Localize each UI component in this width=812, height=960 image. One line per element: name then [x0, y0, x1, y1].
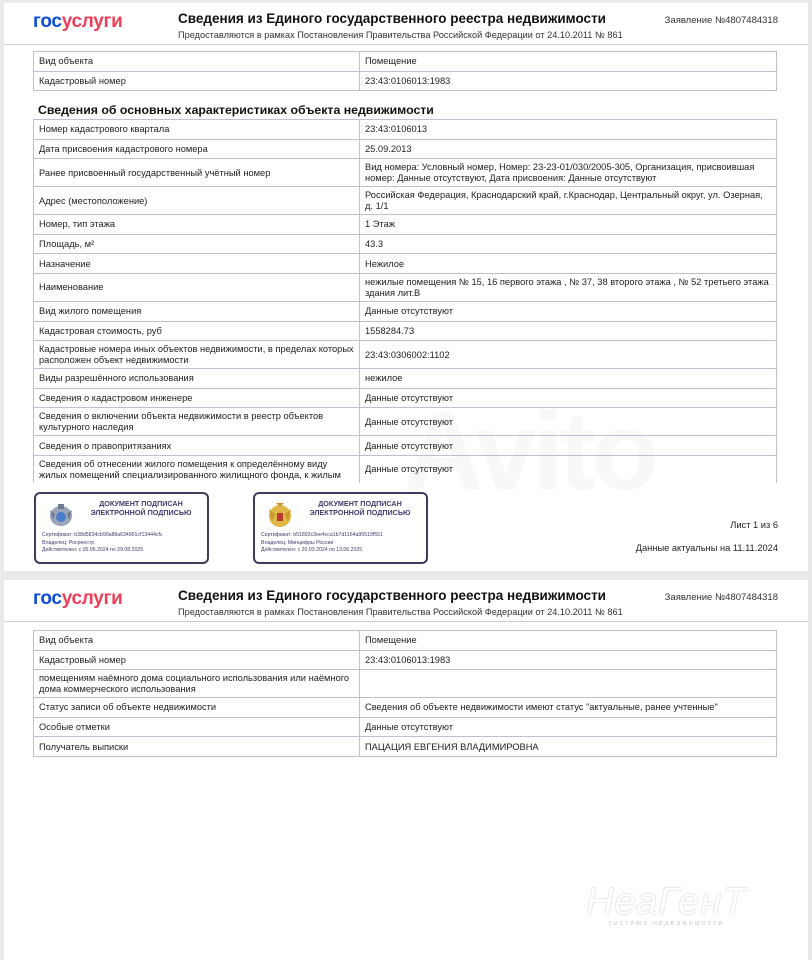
document-title: Сведения из Единого государственного рее… [178, 11, 606, 26]
table-row: помещениям наёмного дома социального исп… [34, 670, 777, 698]
stamp-details: Сертификат: b51893c3ee4cca1b7d1164a95519… [261, 532, 383, 555]
table-row: Сведения о правопритязанияхДанные отсутс… [34, 436, 777, 456]
application-number: Заявление №4807484318 [665, 592, 778, 603]
application-number: Заявление №4807484318 [665, 15, 778, 26]
stamp-details: Сертификат: b38d5834cb90a88a634901cf1344… [42, 532, 163, 555]
rosreestr-emblem-icon [46, 500, 76, 530]
table-row: Кадастровые номера иных объектов недвижи… [34, 341, 777, 369]
table-row: НазначениеНежилое [34, 254, 777, 274]
table-row: Номер кадастрового квартала23:43:0106013 [34, 120, 777, 140]
data-actual-date: Данные актуальны на 11.11.2024 [636, 543, 778, 553]
table-row: Кадастровая стоимость, руб1558284.73 [34, 321, 777, 341]
gosuslugi-logo: госуслуги [33, 11, 123, 33]
stamp-title: ДОКУМЕНТ ПОДПИСАН ЭЛЕКТРОННОЙ ПОДПИСЬЮ [76, 500, 206, 517]
document-subtitle: Предоставляются в рамках Постановления П… [178, 607, 623, 617]
sheet-number: Лист 1 из 6 [730, 520, 778, 530]
table-row: Наименованиенежилые помещения № 15, 16 п… [34, 273, 777, 301]
russia-coat-of-arms-icon [265, 500, 295, 530]
page-header: госуслуги Сведения из Единого государств… [4, 3, 808, 45]
table-row: Вид объектаПомещение [34, 52, 777, 72]
document-page-2: госуслуги Сведения из Единого государств… [4, 580, 808, 960]
characteristics-table: Номер кадастрового квартала23:43:0106013… [33, 119, 777, 483]
record-status-table: Вид объектаПомещение Кадастровый номер23… [33, 630, 777, 757]
stamp-title: ДОКУМЕНТ ПОДПИСАН ЭЛЕКТРОННОЙ ПОДПИСЬЮ [295, 500, 425, 517]
signature-stamp-rosreestr: ДОКУМЕНТ ПОДПИСАН ЭЛЕКТРОННОЙ ПОДПИСЬЮ С… [34, 492, 209, 564]
stamp-certificate: Сертификат: b38d5834cb90a88a634901cf1344… [42, 532, 163, 540]
table-row: Вид жилого помещенияДанные отсутствуют [34, 301, 777, 321]
page-header: госуслуги Сведения из Единого государств… [4, 580, 808, 622]
table-row: Вид объектаПомещение [34, 631, 777, 651]
document-page-1: Avito госуслуги Сведения из Единого госу… [4, 3, 808, 571]
signature-stamp-mintsifry: ДОКУМЕНТ ПОДПИСАН ЭЛЕКТРОННОЙ ПОДПИСЬЮ С… [253, 492, 428, 564]
stamp-valid: Действителен: с 20.03.2024 по 13.06.2025 [261, 547, 383, 555]
table-row: Площадь, м²43.3 [34, 234, 777, 254]
stamp-valid: Действителен: с 05.06.2024 по 29.08.2025 [42, 547, 163, 555]
stamp-owner: Владелец: Минцифры России [261, 540, 383, 548]
stamp-owner: Владелец: Росреестр [42, 540, 163, 548]
table-row: Виды разрешённого использованиянежилое [34, 369, 777, 389]
table-row: Адрес (местоположение)Российская Федерац… [34, 187, 777, 215]
table-row: Номер, тип этажа1 Этаж [34, 215, 777, 235]
object-summary-table: Вид объектаПомещение Кадастровый номер23… [33, 51, 777, 91]
table-row: Ранее присвоенный государственный учётны… [34, 159, 777, 187]
section-title: Сведения об основных характеристиках объ… [38, 103, 434, 117]
document-subtitle: Предоставляются в рамках Постановления П… [178, 30, 623, 40]
table-row: Получатель выпискиПАЦАЦИЯ ЕВГЕНИЯ ВЛАДИМ… [34, 737, 777, 757]
table-row: Кадастровый номер23:43:0106013:1983 [34, 650, 777, 670]
table-row: Сведения о включении объекта недвижимост… [34, 408, 777, 436]
gosuslugi-logo: госуслуги [33, 588, 123, 610]
table-row: Особые отметкиДанные отсутствуют [34, 717, 777, 737]
table-row: Кадастровый номер23:43:0106013:1983 [34, 71, 777, 91]
table-row: Сведения об отнесении жилого помещения к… [34, 455, 777, 483]
table-row: Сведения о кадастровом инженереДанные от… [34, 388, 777, 408]
document-title: Сведения из Единого государственного рее… [178, 588, 606, 603]
table-row: Статус записи об объекте недвижимостиСве… [34, 698, 777, 718]
table-row: Дата присвоения кадастрового номера25.09… [34, 139, 777, 159]
stamp-certificate: Сертификат: b51893c3ee4cca1b7d1164a95519… [261, 532, 383, 540]
